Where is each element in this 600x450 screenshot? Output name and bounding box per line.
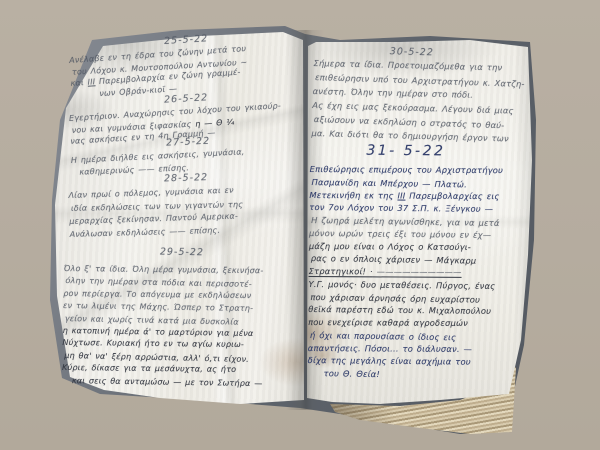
right-page-text: 30-5-22Σήμερα τα ίδια. Προετοιμαζόμεθα γ…: [306, 0, 542, 450]
handwriting-line: Επιθεώρησις επιμέρους του Αρχιστρατήγου: [310, 163, 546, 177]
handwriting-line: Στρατηγικοί! · ——————————: [309, 265, 545, 279]
handwriting-line: και σεις θα ανταμώσω — με τον Σωτήρα —: [62, 375, 298, 391]
handwriting-line: Μετεκινήθη εκ της ΙΙΙ Παρεμβολαρχίας εις: [309, 188, 545, 202]
handwriting-line: του Θ. Θεία!: [309, 367, 543, 383]
entry-date: 29-5-22: [64, 245, 300, 261]
diary-entry: 28-5-22Λίαν πρωί ο πόλεμος, γυμνάσια και…: [68, 169, 306, 241]
left-page-text: 25-5-22Ανέλαβε εν τη έδρα του ζώνην μετά…: [60, 0, 304, 450]
handwriting-line: που ενεχείρισε καθαρά αγροδεσμών: [308, 316, 544, 330]
underlined-word: ΙΙΙ: [397, 190, 405, 200]
entry-date: 31- 5-22: [288, 141, 524, 161]
line-tail-mark: ——————————: [373, 266, 462, 277]
handwriting-line: ρον περίεργα. Το απόγευμα με εκδηλώσεων: [63, 288, 299, 303]
diary-entry: 30-5-22Σήμερα τα ίδια. Προετοιμαζόμεθα γ…: [311, 44, 550, 147]
diary-entry: 29-5-22Όλο ξ' τα ίδια. Όλη μέρα γυμνάσια…: [62, 245, 300, 391]
photo-canvas: 25-5-22Ανέλαβε εν τη έδρα του ζώνην μετά…: [0, 0, 600, 450]
handwriting-line: απαντήσεις. Πόσοι... το διάλυσαν. —: [308, 341, 544, 355]
diary-entry: 31- 5-22Επιθεώρησις επιμέρους του Αρχιστ…: [307, 141, 545, 382]
underlined-word: ΙΙΙ: [87, 77, 95, 86]
